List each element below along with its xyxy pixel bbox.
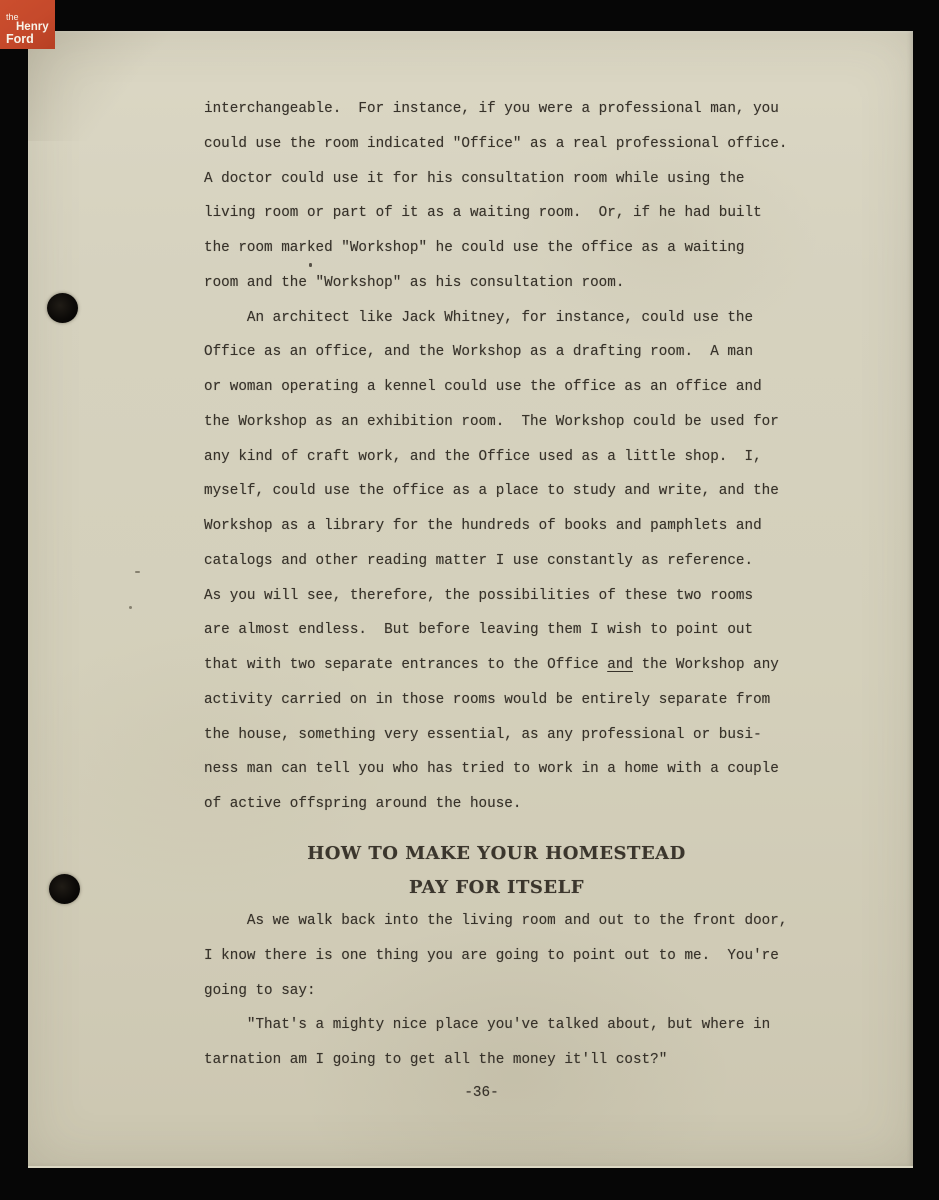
punch-hole-bottom [49, 874, 80, 904]
punch-hole-top [47, 293, 78, 323]
typewritten-line: activity carried on in those rooms would… [204, 683, 804, 718]
typewritten-line: ness man can tell you who has tried to w… [204, 752, 804, 787]
typewritten-line: the house, something very essential, as … [204, 718, 804, 753]
typewritten-line: interchangeable. For instance, if you we… [204, 92, 804, 127]
typewritten-line: are almost endless. But before leaving t… [204, 613, 804, 648]
typewritten-line: Office as an office, and the Workshop as… [204, 335, 804, 370]
typewritten-line: "That's a mighty nice place you've talke… [204, 1008, 804, 1043]
typewritten-line: the Workshop as an exhibition room. The … [204, 405, 804, 440]
section-heading-line-1: HOW TO MAKE YOUR HOMESTEAD [204, 843, 789, 865]
typewritten-body-paragraphs: interchangeable. For instance, if you we… [204, 92, 804, 822]
typewritten-line: I know there is one thing you are going … [204, 939, 804, 974]
typewritten-line: room and the "Workshop" as his consultat… [204, 266, 804, 301]
section-heading-line-2: PAY FOR ITSELF [204, 877, 789, 899]
typewritten-line: A doctor could use it for his consultati… [204, 162, 804, 197]
typewritten-line: catalogs and other reading matter I use … [204, 544, 804, 579]
typewritten-line: the room marked "Workshop" he could use … [204, 231, 804, 266]
document-page: interchangeable. For instance, if you we… [28, 31, 913, 1168]
typewritten-line: living room or part of it as a waiting r… [204, 196, 804, 231]
typewritten-line: any kind of craft work, and the Office u… [204, 440, 804, 475]
page-number: -36- [189, 1076, 774, 1111]
paper-speck [135, 571, 140, 573]
logo-text-ford: Ford [6, 33, 34, 46]
typewritten-closing-paragraphs: As we walk back into the living room and… [204, 904, 804, 1078]
typewritten-line: that with two separate entrances to the … [204, 648, 804, 683]
henry-ford-archive-logo: the Henry Ford [0, 0, 55, 49]
typewritten-line: going to say: [204, 974, 804, 1009]
typewritten-line: of active offspring around the house. [204, 787, 804, 822]
typewritten-line: tarnation am I going to get all the mone… [204, 1043, 804, 1078]
typewritten-line: myself, could use the office as a place … [204, 474, 804, 509]
typewritten-line: Workshop as a library for the hundreds o… [204, 509, 804, 544]
paper-speck [129, 606, 132, 609]
typewritten-line: An architect like Jack Whitney, for inst… [204, 301, 804, 336]
typewritten-line: or woman operating a kennel could use th… [204, 370, 804, 405]
typewritten-line: As you will see, therefore, the possibil… [204, 579, 804, 614]
scan-background: interchangeable. For instance, if you we… [0, 0, 939, 1200]
typewritten-line: As we walk back into the living room and… [204, 904, 804, 939]
typewritten-line: could use the room indicated "Office" as… [204, 127, 804, 162]
